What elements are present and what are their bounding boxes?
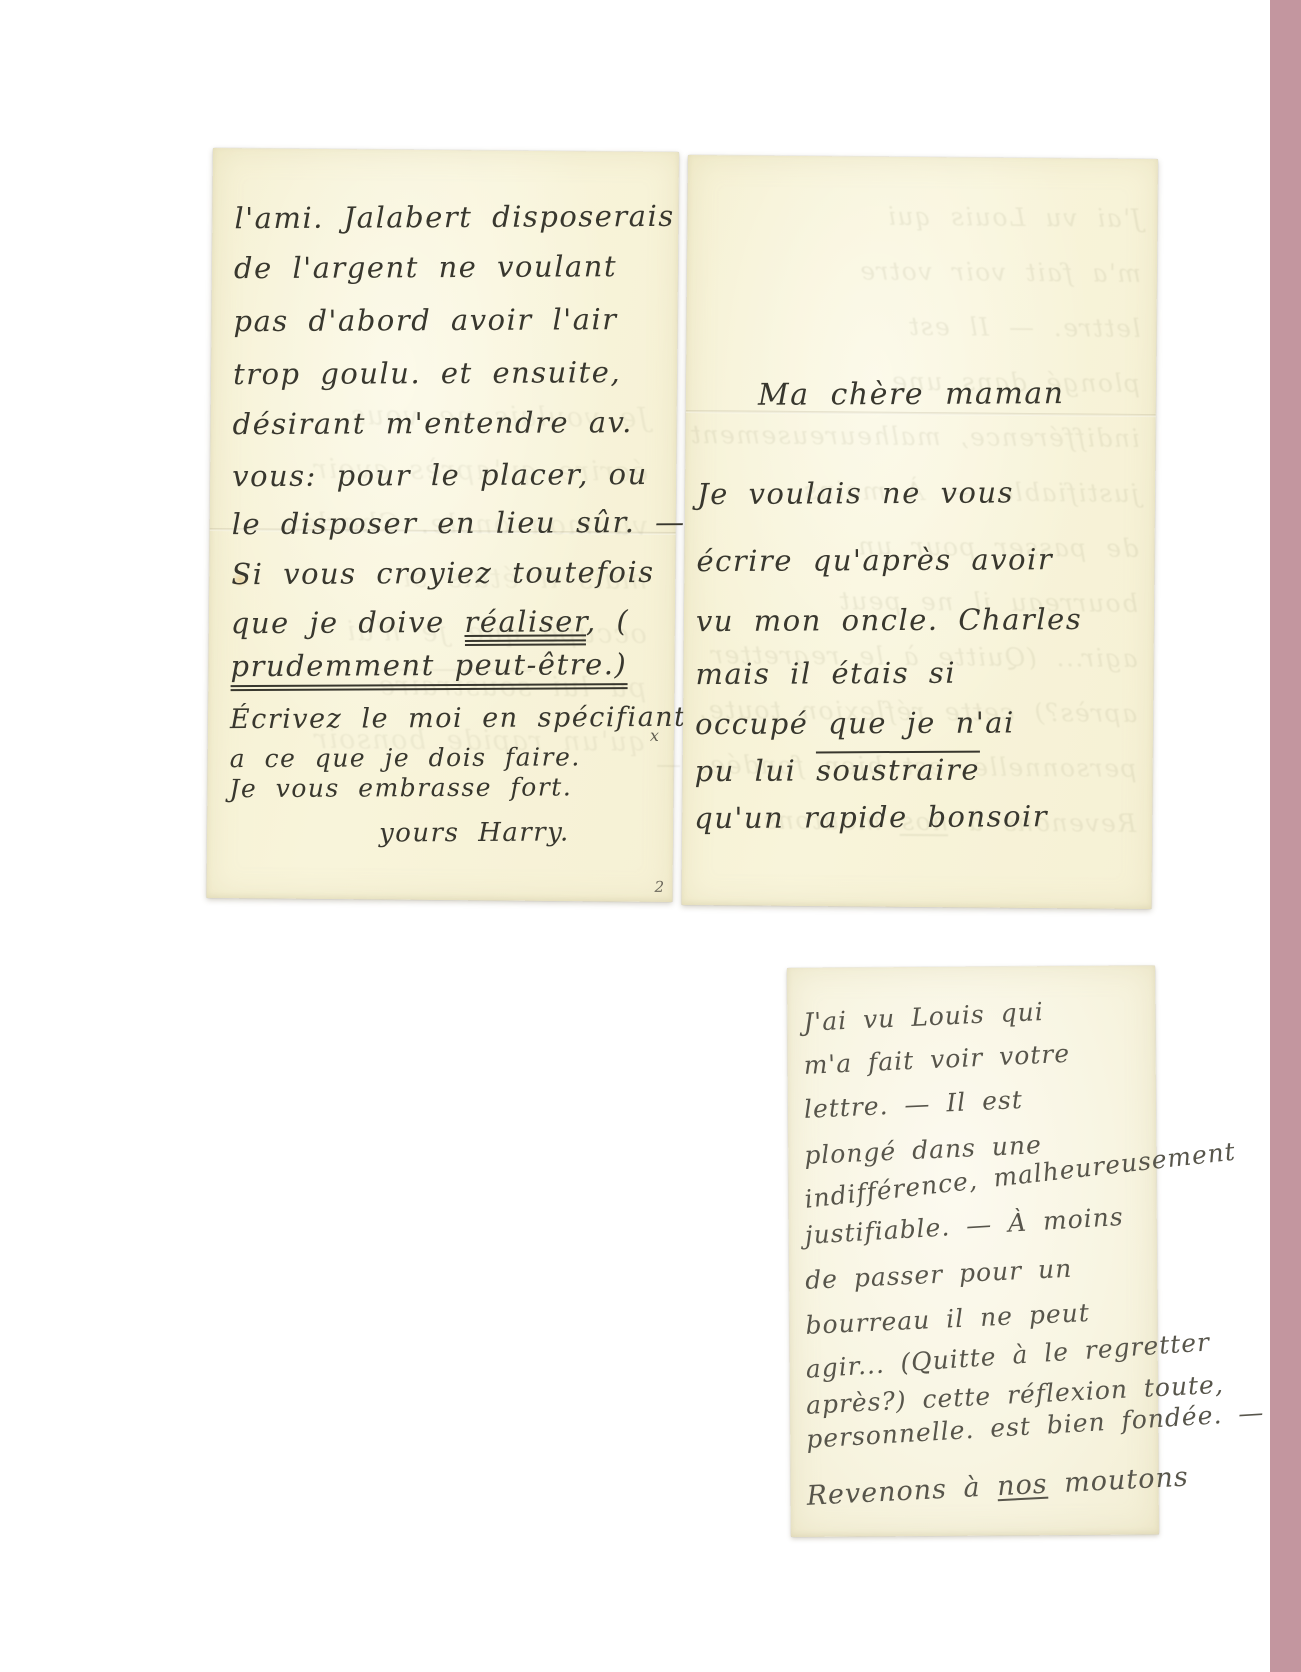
manuscript-line: le disposer en lieu sûr. — — [232, 505, 686, 541]
letter-left-page: Je voulais ne vousécrire qu'après avoirv… — [206, 148, 679, 902]
manuscript-line: justifiable. — À moins — [804, 1202, 1124, 1250]
manuscript-line: vu mon oncle. Charles — [696, 602, 1082, 638]
manuscript-line: Écrivez le moi en spécifiant — [230, 702, 687, 735]
manuscript-line: Je vous embrasse fort. — [229, 772, 572, 803]
manuscript-line: m'a fait voir votre — [701, 242, 1141, 301]
manuscript-line: Si vous croyiez toutefois — [231, 555, 655, 591]
manuscript-line: bourreau il ne peut — [805, 1298, 1091, 1340]
manuscript-line: écrire qu'après avoir — [696, 542, 1053, 578]
manuscript-line: occupé que je n'ai — [695, 705, 1015, 741]
stray-ink-mark: x — [650, 726, 659, 745]
note-card: J'ai vu Louis quim'a fait voir votrelett… — [787, 965, 1159, 1537]
manuscript-line: qu'un rapide bonsoir — [694, 799, 1048, 835]
accent-bar — [1270, 0, 1301, 1672]
manuscript-line: yours Harry. — [379, 817, 570, 848]
manuscript-line: J'ai vu Louis qui — [803, 997, 1045, 1037]
salutation-text: Ma chère maman — [758, 376, 1065, 413]
note-card-text: J'ai vu Louis quim'a fait voir votrelett… — [803, 965, 1155, 967]
manuscript-line: J'ai vu Louis qui — [701, 187, 1141, 246]
manuscript-line: de passer pour un — [805, 1254, 1073, 1295]
manuscript-line: lettre. — Il est — [803, 1085, 1023, 1124]
manuscript-line: mais il étais si — [695, 656, 956, 691]
letter-right-page-text: Je voulais ne vousécrire qu'après avoirv… — [700, 155, 1150, 159]
manuscript-line: prudemment peut-être.) — [230, 647, 627, 683]
manuscript-line: pas d'abord avoir l'air — [233, 302, 617, 338]
manuscript-line: que je doive réaliser, ( — [231, 604, 630, 640]
manuscript-line: de l'argent ne voulant — [234, 249, 617, 285]
catalog-page: Je voulais ne vousécrire qu'après avoirv… — [0, 0, 1301, 1672]
manuscript-line: Revenons à nos moutons — [806, 1462, 1189, 1512]
page-number: 2 — [654, 878, 664, 896]
manuscript-line: l'ami. Jalabert disposerais — [234, 199, 674, 235]
letter-right-page: J'ai vu Louis quim'a fait voir votrelett… — [681, 155, 1158, 909]
manuscript-line: désirant m'entendre av. — [233, 405, 633, 441]
manuscript-line: trop goulu. et ensuite, — [233, 355, 621, 391]
manuscript-line: lettre. — Il est — [700, 297, 1140, 356]
ghost-text-layer: J'ai vu Louis quim'a fait voir votrelett… — [696, 187, 1142, 851]
manuscript-line: m'a fait voir votre — [803, 1039, 1071, 1080]
manuscript-line: vous: pour le placer, ou — [232, 457, 648, 493]
salutation: Ma chère maman — [758, 376, 1065, 413]
paper-edge-shading — [681, 155, 1158, 909]
manuscript-line: Je voulais ne vous — [697, 475, 1014, 511]
manuscript-line: a ce que je dois faire. — [230, 742, 581, 773]
manuscript-line: pu lui soustraire — [695, 753, 981, 788]
letter-left-page-text: l'ami. Jalabert disposeraisde l'argent n… — [235, 148, 665, 152]
